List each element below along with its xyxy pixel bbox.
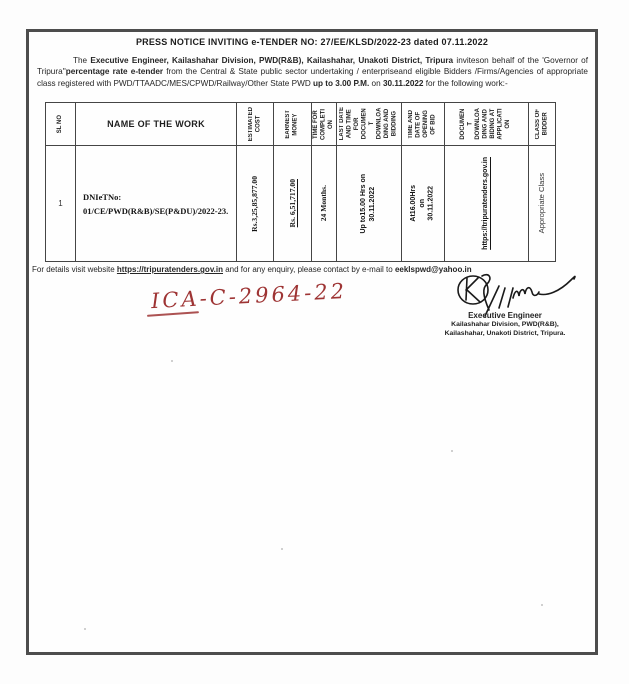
col-header-time-for-completion: TIME FOR COMPLETI ON [312, 103, 337, 146]
opening-of-bid-value: At16.00Hrs on 30.11.2022 [410, 185, 436, 222]
sl-no-value: 1 [58, 199, 62, 208]
notice-intro-paragraph: The Executive Engineer, Kailashahar Divi… [37, 55, 588, 89]
col-header-download-at-label: DOCUMEN T DOWNLOA DING AND BIDING AT APP… [460, 108, 513, 140]
col-header-opening-of-bid-label: TIME AND DATE OF OPENING OF BID [408, 110, 438, 139]
work-details-table: SL NO NAME OF THE WORK ESTIMATED COST EA… [45, 102, 556, 262]
cell-class-of-bidder: Appropriate Class [529, 146, 556, 262]
col-header-work-name: NAME OF THE WORK [76, 103, 237, 146]
handwritten-reference: ICA-C-2964-22 [151, 279, 348, 313]
col-header-time-for-completion-label: TIME FOR COMPLETI ON [313, 109, 336, 140]
col-header-sl-no-label: SL NO [57, 115, 65, 133]
document-border-frame: PRESS NOTICE INVITING e-TENDER NO: 27/EE… [26, 29, 598, 655]
work-name-value: DNIeTNo: 01/CE/PWD(R&B)/SE(P&DU)/2022-23… [76, 190, 228, 218]
signatory-stamp: Executive Engineer Kailashahar Division,… [405, 311, 605, 338]
col-header-download-at: DOCUMEN T DOWNLOA DING AND BIDING AT APP… [445, 103, 529, 146]
notice-title: PRESS NOTICE INVITING e-TENDER NO: 27/EE… [29, 37, 595, 47]
col-header-last-date-label: LAST DATE AND TIME FOR DOCUMEN T DOWNLOA… [339, 107, 399, 140]
cell-opening-of-bid: At16.00Hrs on 30.11.2022 [402, 146, 445, 262]
col-header-opening-of-bid: TIME AND DATE OF OPENING OF BID [402, 103, 445, 146]
download-at-value: https://tripuratenders.gov.in [482, 157, 491, 250]
cell-last-date: Up to15.00 Hrs on 30.11.2022 [337, 146, 402, 262]
col-header-class-of-bidder-label: CLASS OF BIDDER [535, 109, 550, 139]
col-header-sl-no: SL NO [46, 103, 76, 146]
table-row: 1 DNIeTNo: 01/CE/PWD(R&B)/SE(P&DU)/2022-… [46, 146, 556, 262]
col-header-estimated-cost: ESTIMATED COST [237, 103, 274, 146]
cell-download-at: https://tripuratenders.gov.in [445, 146, 529, 262]
col-header-work-name-label: NAME OF THE WORK [107, 119, 205, 129]
time-for-completion-value: 24 Months. [319, 185, 328, 221]
stamp-district: Kailashahar, Unakoti District, Tripura. [405, 329, 605, 338]
table-header-row: SL NO NAME OF THE WORK ESTIMATED COST EA… [46, 103, 556, 146]
earnest-money-value: Rs. 6,51,717.00 [288, 179, 297, 227]
col-header-earnest-money-label: EARNEST MONEY [285, 110, 300, 139]
estimated-cost-value: Rs.3,25,85,877.00 [250, 176, 259, 232]
stamp-division: Kailashahar Division, PWD(R&B), [405, 320, 605, 329]
cell-sl-no: 1 [46, 146, 76, 262]
cell-work-name: DNIeTNo: 01/CE/PWD(R&B)/SE(P&DU)/2022-23… [76, 146, 237, 262]
last-date-value: Up to15.00 Hrs on 30.11.2022 [360, 174, 378, 234]
scanned-document-page: PRESS NOTICE INVITING e-TENDER NO: 27/EE… [0, 0, 629, 684]
col-header-earnest-money: EARNEST MONEY [274, 103, 312, 146]
cell-earnest-money: Rs. 6,51,717.00 [274, 146, 312, 262]
class-of-bidder-value: Appropriate Class [537, 173, 546, 233]
stamp-designation: Executive Engineer [405, 311, 605, 320]
cell-estimated-cost: Rs.3,25,85,877.00 [237, 146, 274, 262]
col-header-last-date: LAST DATE AND TIME FOR DOCUMEN T DOWNLOA… [337, 103, 402, 146]
col-header-class-of-bidder: CLASS OF BIDDER [529, 103, 556, 146]
cell-time-for-completion: 24 Months. [312, 146, 337, 262]
col-header-estimated-cost-label: ESTIMATED COST [248, 107, 263, 141]
